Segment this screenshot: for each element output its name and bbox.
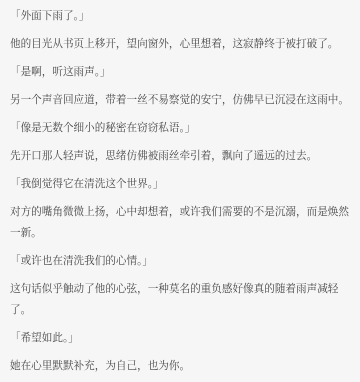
- narration-line: 他的目光从书页上移开，望向窗外，心里想着，这寂静终于被打破了。: [10, 34, 355, 55]
- narration-line: 她在心里默默补充，为自己，也为你。: [10, 356, 355, 377]
- reader-page: 「外面下雨了。」 他的目光从书页上移开，望向窗外，心里想着，这寂静终于被打破了。…: [0, 0, 360, 382]
- dialogue-line: 「我倒觉得它在清洗这个世界。」: [10, 174, 355, 195]
- narration-line: 这句话似乎触动了他的心弦，一种莫名的重负感好像真的随着雨声减轻了。: [10, 279, 355, 321]
- narration-line: 先开口那人轻声说，思绪仿佛被雨丝牵引着，飘向了遥远的过去。: [10, 146, 355, 167]
- dialogue-line: 「或许也在清洗我们的心情。」: [10, 251, 355, 272]
- dialogue-line: 「希望如此。」: [10, 328, 355, 349]
- dialogue-line: 「外面下雨了。」: [10, 6, 355, 27]
- dialogue-line: 「像是无数个细小的秘密在窃窃私语。」: [10, 118, 355, 139]
- dialogue-line: 「是啊，听这雨声。」: [10, 62, 355, 83]
- narration-line: 对方的嘴角微微上扬，心中却想着，或许我们需要的不是沉溺，而是焕然一新。: [10, 202, 355, 244]
- narration-line: 另一个声音回应道，带着一丝不易察觉的安宁，仿佛早已沉浸在这雨中。: [10, 90, 355, 111]
